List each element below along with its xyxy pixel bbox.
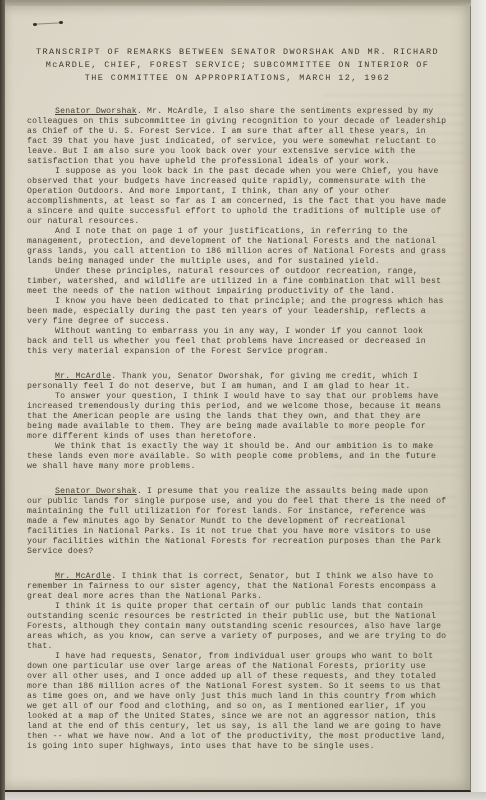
title-line-1: TRANSCRIPT OF REMARKS BETWEEN SENATOR DW…: [25, 46, 450, 59]
speaker-name: Senator Dworshak: [55, 487, 137, 496]
bleed-through-smudge: [331, 388, 463, 476]
scan-edge-left: [0, 0, 5, 800]
bleed-through-smudge: [323, 94, 465, 172]
document-page: TRANSCRIPT OF REMARKS BETWEEN SENATOR DW…: [5, 6, 471, 792]
scanned-document-view: { "document": { "title_lines": [ "TRANSC…: [0, 0, 486, 800]
turn-first-paragraph: Mr. McArdle. I think that is correct, Se…: [27, 572, 448, 602]
bleed-through-smudge: [335, 602, 461, 714]
scan-edge-bottom: [0, 792, 486, 800]
paragraph: I suppose as you look back in the past d…: [27, 167, 448, 227]
speaker-name: Mr. McArdle: [55, 572, 111, 581]
pen-mark-line: [36, 22, 60, 24]
document-title: TRANSCRIPT OF REMARKS BETWEEN SENATOR DW…: [25, 46, 450, 85]
scan-edge-right: [471, 0, 486, 800]
bleed-through-smudge: [37, 496, 457, 522]
speaker-name: Senator Dworshak: [55, 107, 137, 116]
bleed-through-smudge: [305, 234, 463, 330]
title-line-2: McARDLE, CHIEF, FOREST SERVICE; SUBCOMMI…: [25, 59, 450, 72]
speaker-name: Mr. McArdle: [55, 372, 111, 381]
title-line-3: THE COMMITTEE ON APPROPRIATIONS, MARCH 1…: [25, 72, 450, 85]
paragraph: Without wanting to embarrass you in any …: [27, 327, 448, 357]
